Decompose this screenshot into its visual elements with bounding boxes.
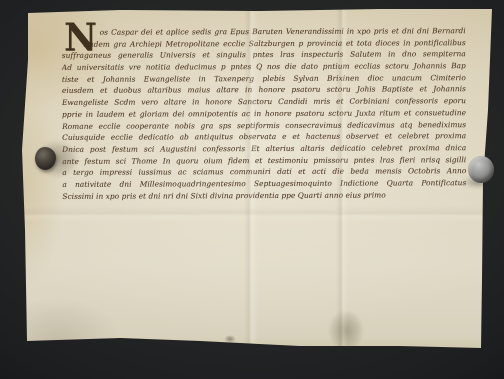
text-line: Scissimi in xpo pris et dni nri dni Sixt…	[62, 189, 466, 202]
manuscript-text-block: os Caspar dei et aplice sedis gra Epus B…	[62, 25, 467, 202]
metal-disc-icon	[468, 156, 494, 183]
water-stain	[323, 301, 369, 349]
parchment-charter: os Caspar dei et aplice sedis gra Epus B…	[20, 8, 494, 350]
photograph-background: os Caspar dei et aplice sedis gra Epus B…	[0, 0, 504, 379]
text-line: a nativitate dni Millesimoquadringentesi…	[62, 177, 466, 190]
illuminated-initial-capital: N	[64, 17, 97, 59]
horizontal-fold-crease	[20, 206, 494, 222]
edge-spot-stain	[224, 335, 236, 343]
text-line: pprie in laudem et gloriam dei omnipoten…	[62, 107, 466, 120]
